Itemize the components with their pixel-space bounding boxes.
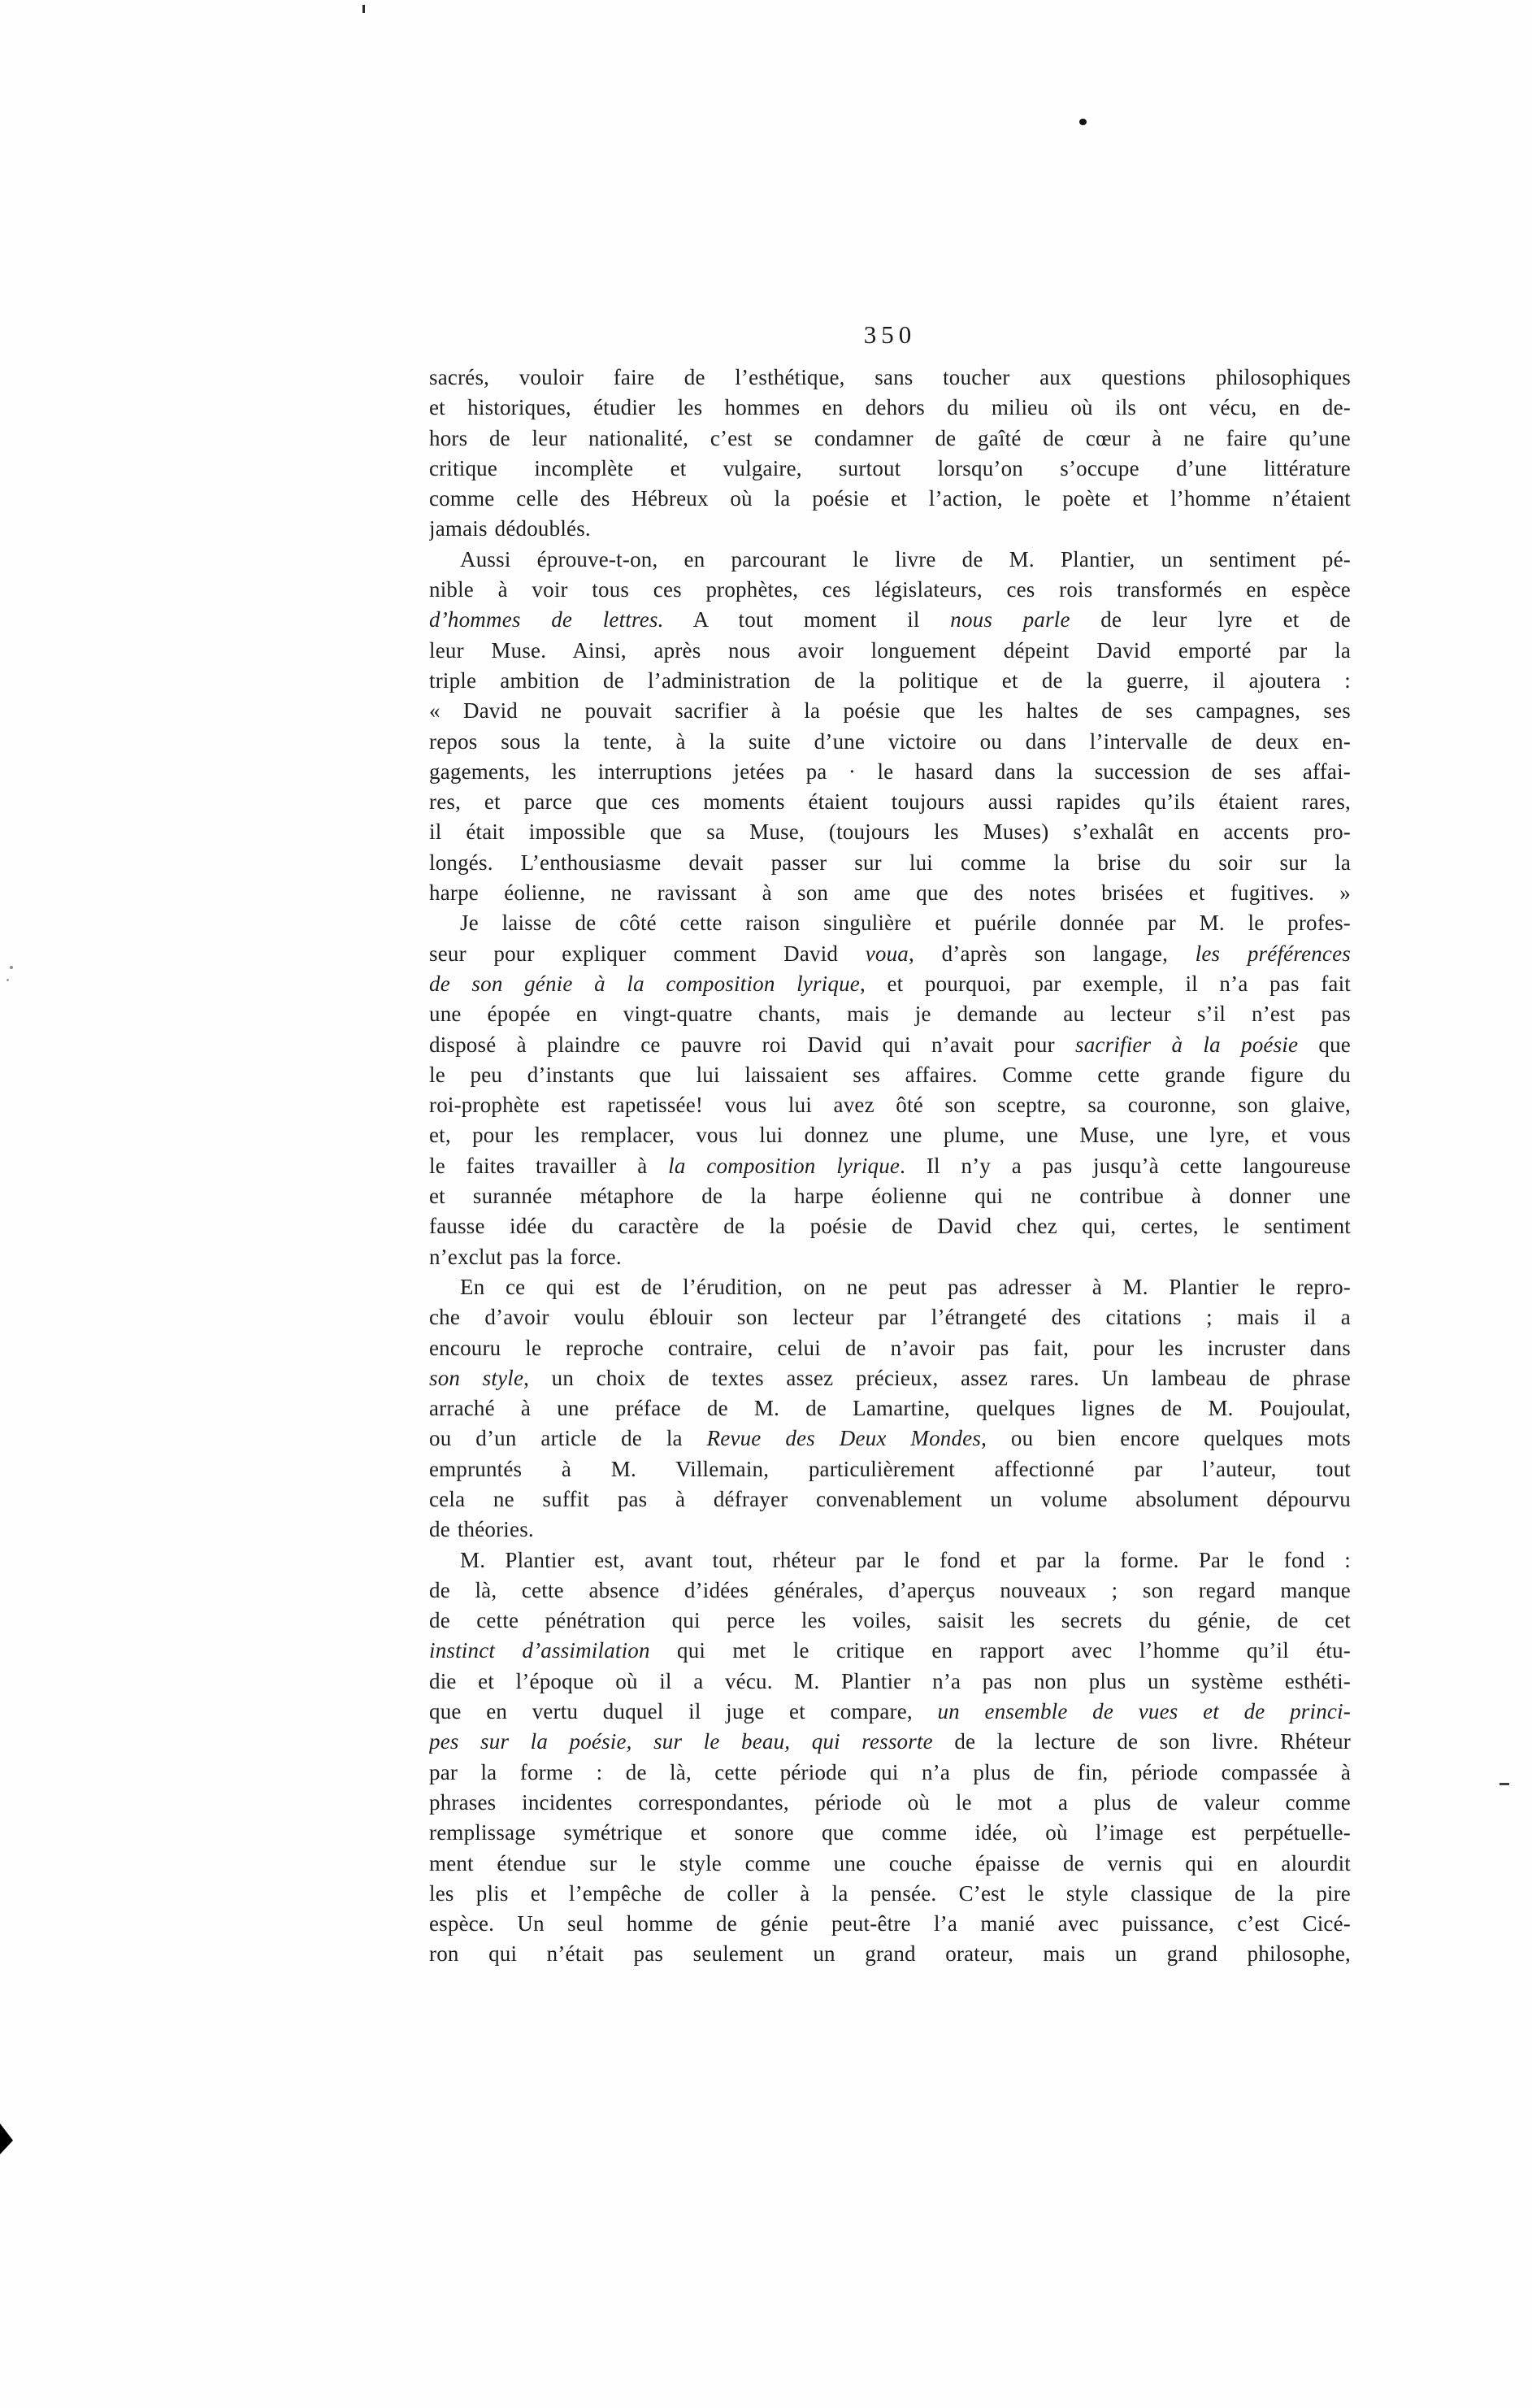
text-line: M. Plantier est, avant tout, rhéteur par… [429, 1545, 1351, 1576]
text-line: Aussi éprouve-t-on, en parcourant le liv… [429, 545, 1351, 575]
text-line: empruntés à M. Villemain, particulièreme… [429, 1454, 1351, 1484]
text-line: remplissage symétrique et sonore que com… [429, 1818, 1351, 1848]
text-line: il était impossible que sa Muse, (toujou… [429, 817, 1351, 847]
text-line: une épopée en vingt-quatre chants, mais … [429, 999, 1351, 1029]
text-line: espèce. Un seul homme de génie peut-être… [429, 1909, 1351, 1939]
ink-dot-icon [1079, 119, 1087, 125]
paragraph: Aussi éprouve-t-on, en parcourant le liv… [429, 545, 1351, 909]
text-line: longés. L’enthousiasme devait passer sur… [429, 848, 1351, 878]
text-line: n’exclut pas la force. [429, 1242, 1351, 1272]
text-line: de son génie à la composition lyrique, e… [429, 969, 1351, 999]
text-line: ment étendue sur le style comme une couc… [429, 1849, 1351, 1879]
text-line: et, pour les remplacer, vous lui donnez … [429, 1120, 1351, 1150]
book-page: 350 sacrés, vouloir faire de l’esthétiqu… [0, 0, 1532, 2408]
text-line: par la forme : de là, cette période qui … [429, 1758, 1351, 1788]
text-line: et historiques, étudier les hommes en de… [429, 393, 1351, 423]
text-line: le peu d’instants que lui laissaient ses… [429, 1060, 1351, 1090]
text-line: les plis et l’empêche de coller à la pen… [429, 1879, 1351, 1909]
paragraph: En ce qui est de l’érudition, on ne peut… [429, 1272, 1351, 1545]
text-line: de cette pénétration qui perce les voile… [429, 1606, 1351, 1636]
ink-tick-icon [362, 5, 365, 13]
text-line: gagements, les interruptions jetées pa ·… [429, 757, 1351, 787]
text-line: En ce qui est de l’érudition, on ne peut… [429, 1272, 1351, 1302]
text-line: son style, un choix de textes assez préc… [429, 1363, 1351, 1393]
text-line: repos sous la tente, à la suite d’une vi… [429, 727, 1351, 757]
text-line: « David ne pouvait sacrifier à la poésie… [429, 696, 1351, 726]
text-line: pes sur la poésie, sur le beau, qui ress… [429, 1727, 1351, 1757]
text-line: che d’avoir voulu éblouir son lecteur pa… [429, 1302, 1351, 1332]
paragraph: sacrés, vouloir faire de l’esthétique, s… [429, 363, 1351, 545]
text-line: sacrés, vouloir faire de l’esthétique, s… [429, 363, 1351, 393]
margin-speck-icon [10, 966, 13, 969]
text-line: arraché à une préface de M. de Lamartine… [429, 1393, 1351, 1424]
text-line: et surannée métaphore de la harpe éolien… [429, 1181, 1351, 1211]
text-line: de là, cette absence d’idées générales, … [429, 1576, 1351, 1606]
text-line: cela ne suffit pas à défrayer convenable… [429, 1484, 1351, 1515]
text-line: encouru le reproche contraire, celui de … [429, 1333, 1351, 1363]
text-line: die et l’époque où il a vécu. M. Plantie… [429, 1667, 1351, 1697]
margin-speck-icon [7, 979, 9, 981]
paragraph: Je laisse de côté cette raison singulièr… [429, 908, 1351, 1272]
text-line: critique incomplète et vulgaire, surtout… [429, 454, 1351, 484]
text-line: d’hommes de lettres. A tout moment il no… [429, 605, 1351, 635]
text-line: Je laisse de côté cette raison singulièr… [429, 908, 1351, 938]
text-line: que en vertu duquel il juge et compare, … [429, 1697, 1351, 1727]
text-line: nible à voir tous ces prophètes, ces lég… [429, 575, 1351, 605]
text-line: res, et parce que ces moments étaient to… [429, 787, 1351, 817]
text-line: phrases incidentes correspondantes, péri… [429, 1788, 1351, 1818]
text-line: ou d’un article de la Revue des Deux Mon… [429, 1424, 1351, 1454]
text-line: triple ambition de l’administration de l… [429, 666, 1351, 696]
text-line: seur pour expliquer comment David voua, … [429, 939, 1351, 969]
text-line: harpe éolienne, ne ravissant à son ame q… [429, 878, 1351, 908]
paragraph: M. Plantier est, avant tout, rhéteur par… [429, 1545, 1351, 1970]
text-line: jamais dédoublés. [429, 514, 1351, 544]
ink-dash-icon [1499, 1783, 1509, 1785]
text-line: disposé à plaindre ce pauvre roi David q… [429, 1030, 1351, 1060]
text-line: hors de leur nationalité, c’est se conda… [429, 424, 1351, 454]
page-number: 350 [429, 320, 1351, 350]
edge-blot-icon [0, 2123, 13, 2154]
page-body: sacrés, vouloir faire de l’esthétique, s… [429, 363, 1351, 1970]
text-line: instinct d’assimilation qui met le criti… [429, 1636, 1351, 1666]
text-line: comme celle des Hébreux où la poésie et … [429, 484, 1351, 514]
text-line: leur Muse. Ainsi, après nous avoir longu… [429, 636, 1351, 666]
text-line: fausse idée du caractère de la poésie de… [429, 1211, 1351, 1241]
text-line: ron qui n’était pas seulement un grand o… [429, 1939, 1351, 1969]
text-line: de théories. [429, 1515, 1351, 1545]
text-line: le faites travailler à la composition ly… [429, 1151, 1351, 1181]
text-line: roi-prophète est rapetissée! vous lui av… [429, 1090, 1351, 1120]
